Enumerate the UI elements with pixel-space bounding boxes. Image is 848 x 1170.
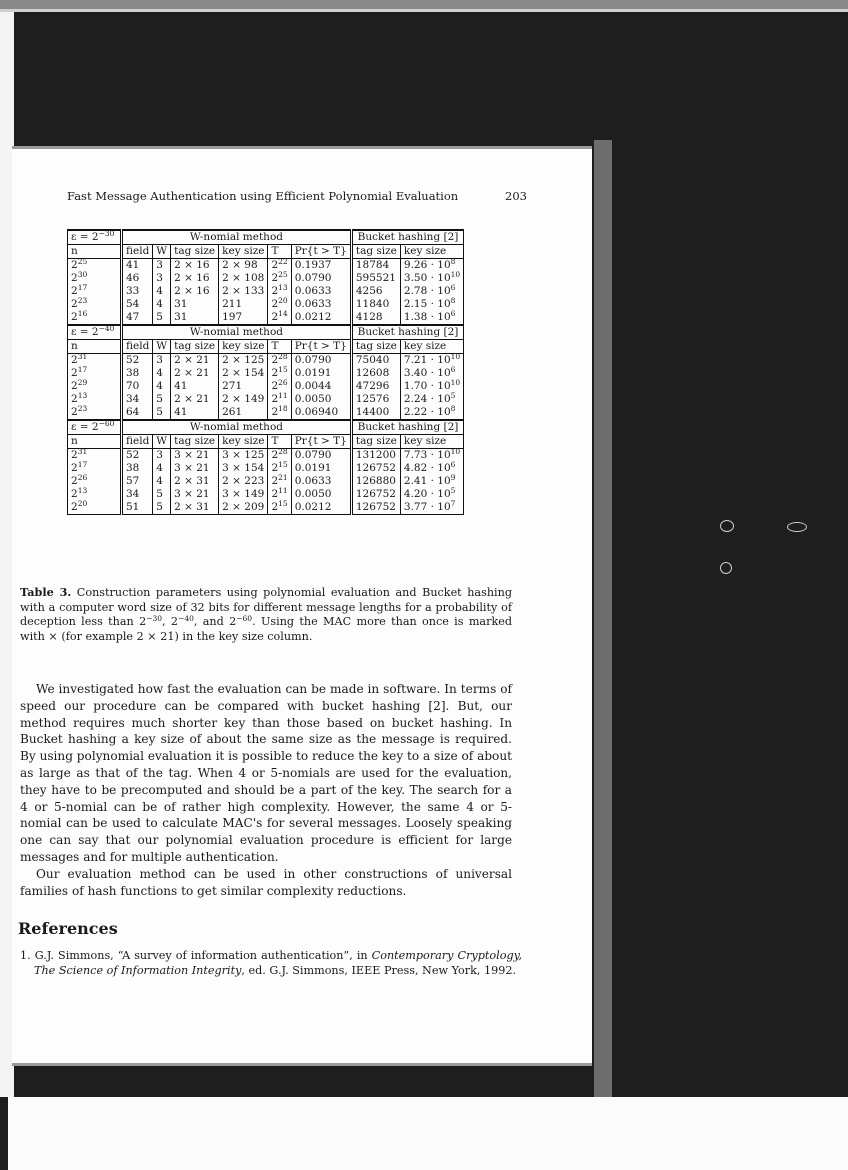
cell-field: 54 xyxy=(122,298,153,311)
table-row: 2205152 × 312 × 2092150.02121267523.77 ·… xyxy=(68,501,464,515)
cell-key-size: 2 × 149 xyxy=(219,393,268,406)
cell-pr: 0.06940 xyxy=(291,406,351,420)
column-header: Pr{t > T} xyxy=(291,340,351,354)
column-header: W xyxy=(153,340,171,354)
cell-pr: 0.0212 xyxy=(291,311,351,325)
cell-pr: 0.0044 xyxy=(291,380,351,393)
table-row: 2304632 × 162 × 1082250.07905955213.50 ·… xyxy=(68,272,464,285)
column-header: tag size xyxy=(171,340,219,354)
column-header: tag size xyxy=(171,435,219,449)
cell-pr: 0.0790 xyxy=(291,354,351,368)
cell-n: 213 xyxy=(68,488,122,501)
cell-w: 4 xyxy=(153,285,171,298)
cell-tag-size: 2 × 21 xyxy=(171,367,219,380)
cell-key-size: 2 × 154 xyxy=(219,367,268,380)
cell-n: 226 xyxy=(68,475,122,488)
cell-pr: 0.0790 xyxy=(291,449,351,463)
method-header: W-nomial method xyxy=(122,325,352,340)
cell-bh-tag: 47296 xyxy=(351,380,400,393)
column-header: Pr{t > T} xyxy=(291,245,351,259)
cell-tag-size: 2 × 16 xyxy=(171,272,219,285)
cell-w: 5 xyxy=(153,501,171,515)
column-header: W xyxy=(153,245,171,259)
cell-key-size: 197 xyxy=(219,311,268,325)
cell-tag-size: 2 × 31 xyxy=(171,501,219,515)
table-row: 2265742 × 312 × 2232210.06331268802.41 ·… xyxy=(68,475,464,488)
scan-spot xyxy=(787,522,807,532)
cell-tag-size: 2 × 21 xyxy=(171,354,219,368)
cell-bh-tag: 595521 xyxy=(351,272,400,285)
epsilon-header-row: ε = 2−60W-nomial methodBucket hashing [2… xyxy=(68,420,464,435)
scan-top-edge xyxy=(0,0,848,12)
cell-bh-tag: 11840 xyxy=(351,298,400,311)
cell-field: 47 xyxy=(122,311,153,325)
cell-field: 52 xyxy=(122,354,153,368)
cell-w: 4 xyxy=(153,367,171,380)
cell-field: 64 xyxy=(122,406,153,420)
cell-bh-tag: 131200 xyxy=(351,449,400,463)
cell-w: 4 xyxy=(153,475,171,488)
cell-key-size: 2 × 133 xyxy=(219,285,268,298)
cell-field: 52 xyxy=(122,449,153,463)
scan-spot xyxy=(720,562,732,574)
cell-pr: 0.0790 xyxy=(291,272,351,285)
bucket-header: Bucket hashing [2] xyxy=(351,325,463,340)
cell-n: 231 xyxy=(68,354,122,368)
cell-n: 217 xyxy=(68,367,122,380)
cell-w: 4 xyxy=(153,462,171,475)
column-header: field xyxy=(122,245,153,259)
column-header: n xyxy=(68,340,122,354)
cell-n: 216 xyxy=(68,311,122,325)
book-spine xyxy=(594,140,612,1100)
cell-key-size: 3 × 149 xyxy=(219,488,268,501)
cell-bh-tag: 14400 xyxy=(351,406,400,420)
cell-key-size: 211 xyxy=(219,298,268,311)
cell-bh-tag: 126752 xyxy=(351,488,400,501)
cell-w: 3 xyxy=(153,259,171,273)
cell-field: 38 xyxy=(122,462,153,475)
cell-key-size: 2 × 223 xyxy=(219,475,268,488)
column-header: field xyxy=(122,435,153,449)
table-row: 2173842 × 212 × 1542150.0191126083.40 · … xyxy=(68,367,464,380)
running-head: Fast Message Authentication using Effici… xyxy=(67,189,527,203)
cell-bh-tag: 12608 xyxy=(351,367,400,380)
cell-w: 3 xyxy=(153,354,171,368)
cell-field: 46 xyxy=(122,272,153,285)
cell-pr: 0.0633 xyxy=(291,475,351,488)
column-header: field xyxy=(122,340,153,354)
paragraph: Our evaluation method can be used in oth… xyxy=(20,866,512,900)
body-text: We investigated how fast the evaluation … xyxy=(20,681,512,899)
cell-key-size: 2 × 209 xyxy=(219,501,268,515)
cell-pr: 0.0050 xyxy=(291,393,351,406)
table-row: 2173342 × 162 × 1332130.063342562.78 · 1… xyxy=(68,285,464,298)
epsilon-header-row: ε = 2−40W-nomial methodBucket hashing [2… xyxy=(68,325,464,340)
cell-tag-size: 31 xyxy=(171,311,219,325)
table-row: 229704412712260.0044472961.70 · 1010 xyxy=(68,380,464,393)
cell-n: 231 xyxy=(68,449,122,463)
table-row: 216475311972140.021241281.38 · 106 xyxy=(68,311,464,325)
cell-tag-size: 3 × 21 xyxy=(171,488,219,501)
cell-tag-size: 41 xyxy=(171,380,219,393)
column-header: tag size xyxy=(351,245,400,259)
cell-n: 223 xyxy=(68,406,122,420)
cell-pr: 0.0212 xyxy=(291,501,351,515)
table-row: 2133453 × 213 × 1492110.00501267524.20 ·… xyxy=(68,488,464,501)
cell-pr: 0.0633 xyxy=(291,285,351,298)
cell-bh-tag: 126752 xyxy=(351,501,400,515)
cell-w: 3 xyxy=(153,449,171,463)
cell-pr: 0.0191 xyxy=(291,367,351,380)
cell-bh-tag: 4256 xyxy=(351,285,400,298)
cell-t: 218 xyxy=(268,406,291,420)
cell-key-size: 2 × 98 xyxy=(219,259,268,273)
column-header: key size xyxy=(219,435,268,449)
cell-tag-size: 3 × 21 xyxy=(171,462,219,475)
cell-field: 57 xyxy=(122,475,153,488)
cell-field: 70 xyxy=(122,380,153,393)
cell-pr: 0.0191 xyxy=(291,462,351,475)
cell-w: 5 xyxy=(153,406,171,420)
bucket-header: Bucket hashing [2] xyxy=(351,420,463,435)
method-header: W-nomial method xyxy=(122,420,352,435)
cell-field: 33 xyxy=(122,285,153,298)
column-header: tag size xyxy=(351,340,400,354)
reference-item: 1. G.J. Simmons, “A survey of informatio… xyxy=(20,949,522,978)
cell-w: 4 xyxy=(153,298,171,311)
cell-key-size: 3 × 154 xyxy=(219,462,268,475)
column-header: key size xyxy=(219,340,268,354)
cell-n: 220 xyxy=(68,501,122,515)
cell-tag-size: 3 × 21 xyxy=(171,449,219,463)
parameters-table: ε = 2−30W-nomial methodBucket hashing [2… xyxy=(67,229,464,515)
cell-tag-size: 41 xyxy=(171,406,219,420)
scan-spot xyxy=(720,520,734,532)
column-header: n xyxy=(68,245,122,259)
paper-page: Fast Message Authentication using Effici… xyxy=(12,146,592,1066)
column-header-row: nfieldWtag sizekey sizeTPr{t > T}tag siz… xyxy=(68,245,464,259)
column-header: Pr{t > T} xyxy=(291,435,351,449)
bucket-header: Bucket hashing [2] xyxy=(351,230,463,245)
column-header-row: nfieldWtag sizekey sizeTPr{t > T}tag siz… xyxy=(68,435,464,449)
page-number: 203 xyxy=(505,189,527,203)
cell-bh-tag: 4128 xyxy=(351,311,400,325)
table-row: 2173843 × 213 × 1542150.01911267524.82 ·… xyxy=(68,462,464,475)
column-header: key size xyxy=(219,245,268,259)
cell-key-size: 261 xyxy=(219,406,268,420)
cell-tag-size: 2 × 16 xyxy=(171,259,219,273)
cell-bh-key: 1.38 · 106 xyxy=(400,311,463,325)
cell-n: 230 xyxy=(68,272,122,285)
cell-key-size: 3 × 125 xyxy=(219,449,268,463)
cell-n: 217 xyxy=(68,285,122,298)
table-row: 223645412612180.06940144002.22 · 108 xyxy=(68,406,464,420)
epsilon-cell: ε = 2−30 xyxy=(68,230,122,245)
running-head-title: Fast Message Authentication using Effici… xyxy=(67,189,458,203)
cell-bh-key: 2.22 · 108 xyxy=(400,406,463,420)
table-caption: Table 3. Construction parameters using p… xyxy=(20,585,512,644)
paragraph: We investigated how fast the evaluation … xyxy=(20,681,512,866)
cell-n: 213 xyxy=(68,393,122,406)
column-header: tag size xyxy=(351,435,400,449)
cell-field: 34 xyxy=(122,393,153,406)
cell-bh-tag: 126752 xyxy=(351,462,400,475)
epsilon-header-row: ε = 2−30W-nomial methodBucket hashing [2… xyxy=(68,230,464,245)
table-row: 2315233 × 213 × 1252280.07901312007.73 ·… xyxy=(68,449,464,463)
epsilon-cell: ε = 2−60 xyxy=(68,420,122,435)
column-header: n xyxy=(68,435,122,449)
cell-key-size: 271 xyxy=(219,380,268,393)
cell-tag-size: 2 × 16 xyxy=(171,285,219,298)
cell-field: 34 xyxy=(122,488,153,501)
cell-n: 223 xyxy=(68,298,122,311)
cell-pr: 0.0050 xyxy=(291,488,351,501)
cell-t: 214 xyxy=(268,311,291,325)
scan-bottom-edge xyxy=(0,1097,848,1170)
cell-pr: 0.0633 xyxy=(291,298,351,311)
cell-bh-tag: 75040 xyxy=(351,354,400,368)
cell-n: 229 xyxy=(68,380,122,393)
cell-w: 5 xyxy=(153,393,171,406)
cell-tag-size: 2 × 21 xyxy=(171,393,219,406)
column-header: W xyxy=(153,435,171,449)
cell-tag-size: 2 × 31 xyxy=(171,475,219,488)
caption-label: Table 3. xyxy=(20,585,71,599)
cell-field: 38 xyxy=(122,367,153,380)
table-row: 2133452 × 212 × 1492110.0050125762.24 · … xyxy=(68,393,464,406)
cell-tag-size: 31 xyxy=(171,298,219,311)
cell-pr: 0.1937 xyxy=(291,259,351,273)
cell-w: 4 xyxy=(153,380,171,393)
cell-key-size: 2 × 125 xyxy=(219,354,268,368)
cell-bh-tag: 126880 xyxy=(351,475,400,488)
column-header-row: nfieldWtag sizekey sizeTPr{t > T}tag siz… xyxy=(68,340,464,354)
cell-w: 5 xyxy=(153,311,171,325)
cell-w: 3 xyxy=(153,272,171,285)
cell-bh-key: 3.77 · 107 xyxy=(400,501,463,515)
cell-field: 51 xyxy=(122,501,153,515)
cell-n: 225 xyxy=(68,259,122,273)
method-header: W-nomial method xyxy=(122,230,352,245)
cell-field: 41 xyxy=(122,259,153,273)
references-heading: References xyxy=(18,919,118,938)
cell-n: 217 xyxy=(68,462,122,475)
cell-w: 5 xyxy=(153,488,171,501)
cell-bh-tag: 18784 xyxy=(351,259,400,273)
table-row: 2315232 × 212 × 1252280.0790750407.21 · … xyxy=(68,354,464,368)
table-row: 223544312112200.0633118402.15 · 108 xyxy=(68,298,464,311)
column-header: tag size xyxy=(171,245,219,259)
table-row: 2254132 × 162 × 982220.1937187849.26 · 1… xyxy=(68,259,464,273)
cell-key-size: 2 × 108 xyxy=(219,272,268,285)
cell-bh-tag: 12576 xyxy=(351,393,400,406)
epsilon-cell: ε = 2−40 xyxy=(68,325,122,340)
cell-t: 215 xyxy=(268,501,291,515)
